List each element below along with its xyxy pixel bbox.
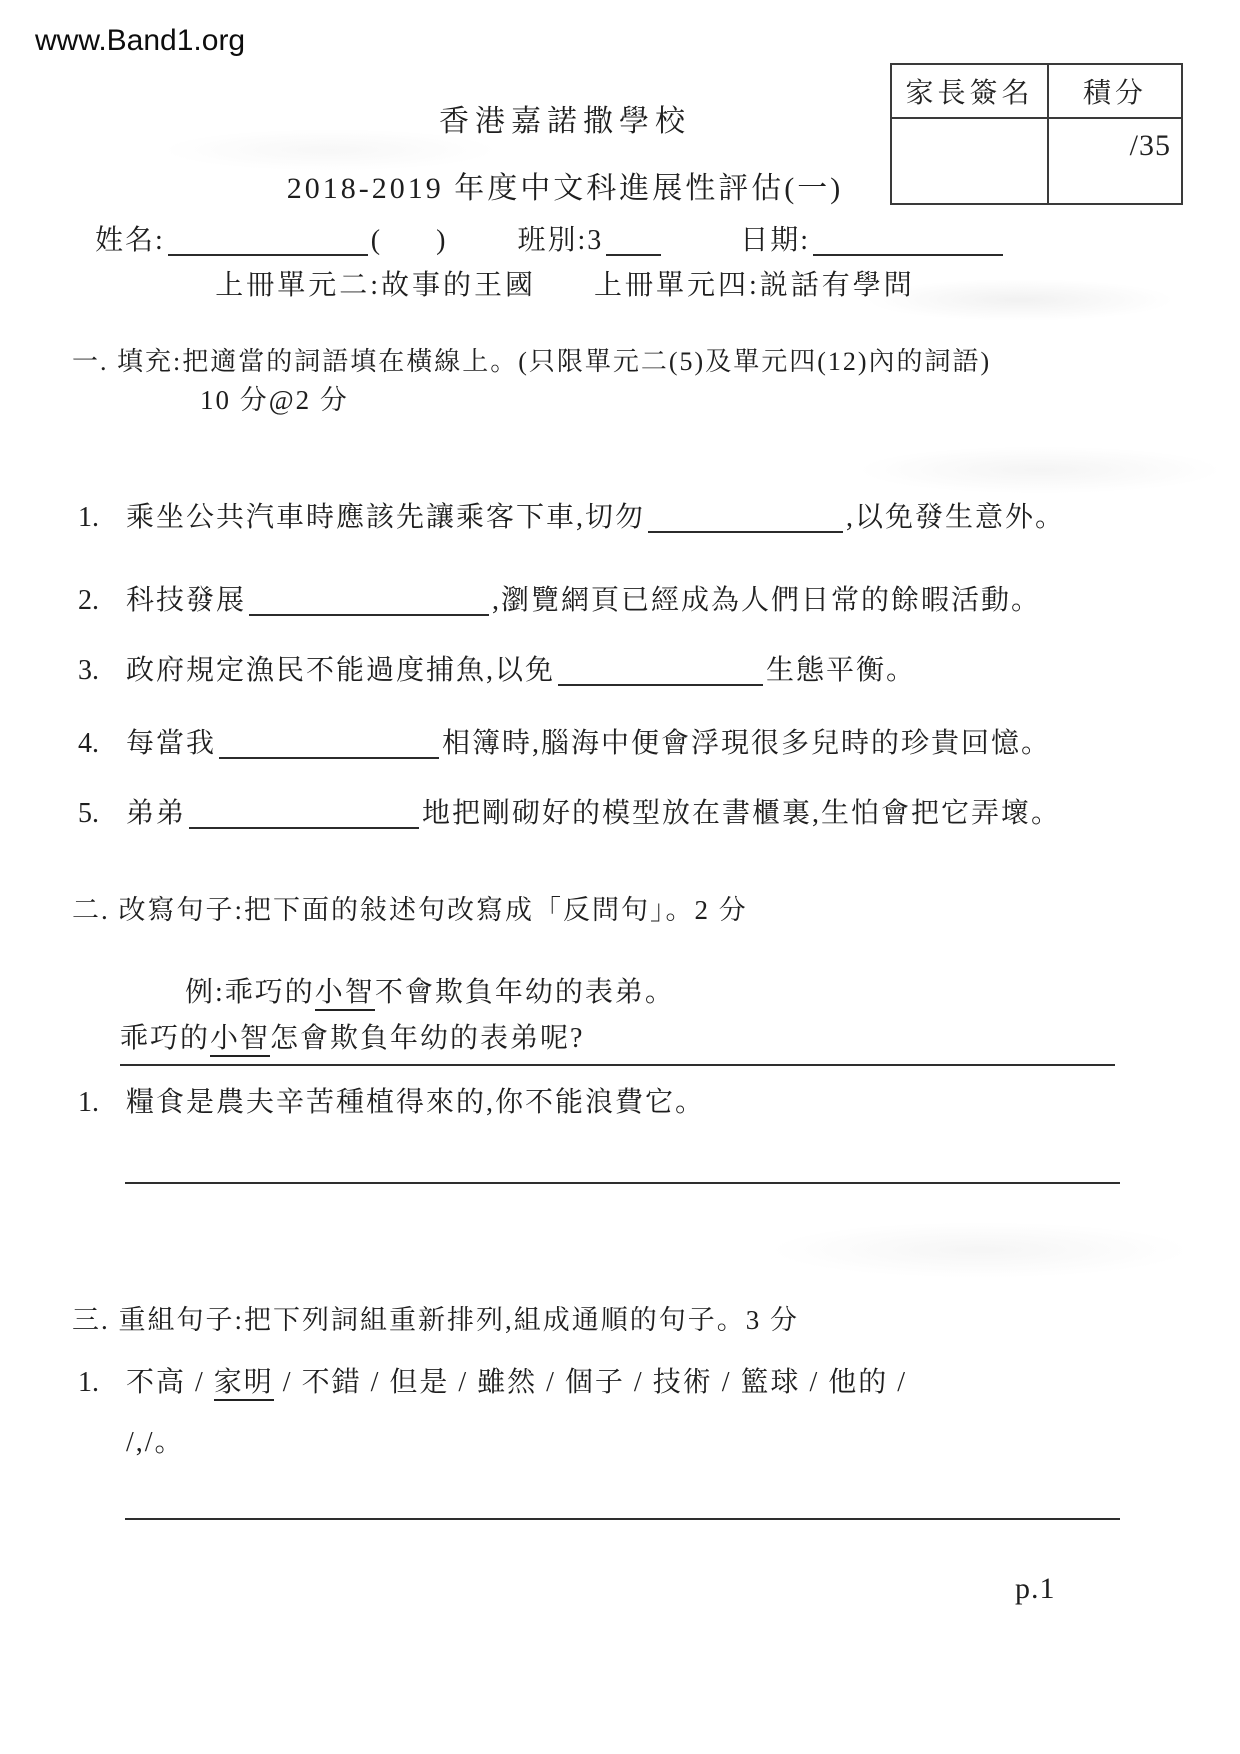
section3-heading: 三. 重組句子:把下列詞組重新排列,組成通順的句子。3 分: [72, 1298, 799, 1337]
question-text-pre: 政府規定漁民不能過度捕魚,以免: [126, 655, 555, 686]
example-text-pre: 乖巧的: [225, 977, 315, 1008]
fill-blank-3: [558, 684, 763, 686]
date-blank: [813, 254, 1003, 256]
question-text-pre: 乘坐公共汽車時應該先讓乘客下車,切勿: [126, 502, 645, 533]
fill-blank-5: [189, 827, 419, 829]
section2-heading: 二. 改寫句子:把下面的敍述句改寫成「反問句」。2 分: [72, 888, 748, 927]
question-number: 3.: [78, 655, 126, 687]
question-text-pre: 科技發展: [126, 585, 246, 616]
question-text: 糧食是農夫辛苦種植得來的,你不能浪費它。: [126, 1087, 705, 1118]
fill-question-4: 4.每當我相簿時,腦海中便會浮現很多兒時的珍貴回憶。: [78, 721, 1051, 761]
fill-blank-4: [219, 757, 439, 759]
question-text-post: 地把剛砌好的模型放在書櫃裏,生怕會把它弄壞。: [422, 798, 1061, 829]
word-group-post: / 不錯 / 但是 / 雖然 / 個子 / 技術 / 籃球 / 他的 /: [274, 1367, 907, 1398]
section1-heading: 一. 填充:把適當的詞語填在橫線上。(只限單元二(5)及單元四(12)內的詞語): [72, 341, 991, 378]
fill-question-2: 2.科技發展,瀏覽網頁已經成為人們日常的餘暇活動。: [78, 578, 1041, 618]
question-number: 4.: [78, 728, 126, 760]
unit-2-label: 上冊單元二:故事的王國: [215, 270, 536, 301]
question-text-post: ,以免發生意外。: [846, 502, 1065, 533]
question-text-pre: 每當我: [126, 728, 216, 759]
question-number: 1.: [78, 1367, 126, 1399]
underlined-name: 家明: [214, 1367, 274, 1401]
fill-question-5: 5.弟弟地把剛砌好的模型放在書櫃裏,生怕會把它弄壞。: [78, 791, 1061, 831]
answer-rule-line: [125, 1518, 1120, 1520]
fill-question-1: 1.乘坐公共汽車時應該先讓乘客下車,切勿,以免發生意外。: [78, 495, 1065, 535]
name-class-date-row: 姓名:( ) 班別:3 日期:: [95, 218, 1006, 258]
class-number-paren: ( ): [371, 225, 448, 256]
underlined-name: 小智: [315, 977, 375, 1011]
fill-blank-2: [249, 614, 489, 616]
exam-paper-page: www.Band1.org 家長簽名 積分 /35 香港嘉諾撒學校 2018-2…: [0, 0, 1240, 1754]
section1-marks: 10 分@2 分: [200, 378, 349, 417]
unit-list: 上冊單元二:故事的王國上冊單元四:説話有學問: [0, 263, 1130, 303]
question-text-post: ,瀏覽網頁已經成為人們日常的餘暇活動。: [492, 585, 1041, 616]
underlined-name: 小智: [210, 1023, 270, 1057]
question-number: 2.: [78, 585, 126, 617]
question-number: 5.: [78, 798, 126, 830]
reorder-question-1: 1.不高 / 家明 / 不錯 / 但是 / 雖然 / 個子 / 技術 / 籃球 …: [78, 1360, 907, 1400]
example-label: 例:: [185, 977, 225, 1008]
rewrite-question-1: 1.糧食是農夫辛苦種植得來的,你不能浪費它。: [78, 1080, 705, 1120]
class-label: 班別:: [517, 225, 587, 256]
name-label: 姓名:: [95, 225, 165, 256]
date-label: 日期:: [740, 225, 810, 256]
example-answer-line: 乖巧的小智怎會欺負年幼的表弟呢?: [120, 1016, 1115, 1066]
fill-blank-1: [648, 531, 843, 533]
example-sentence: 例:乖巧的小智不會欺負年幼的表弟。: [185, 970, 675, 1010]
answer-text-pre: 乖巧的: [120, 1023, 210, 1054]
class-blank: [606, 254, 661, 256]
school-name: 香港嘉諾撒學校: [0, 96, 1130, 140]
question-number: 1.: [78, 502, 126, 534]
word-group-pre: 不高 /: [126, 1367, 214, 1398]
reorder-continuation: /,/。: [126, 1420, 185, 1460]
question-text-pre: 弟弟: [126, 798, 186, 829]
question-number: 1.: [78, 1087, 126, 1119]
answer-rule-line: [125, 1182, 1120, 1184]
question-text-post: 相簿時,腦海中便會浮現很多兒時的珍貴回憶。: [442, 728, 1051, 759]
example-text-post: 不會欺負年幼的表弟。: [375, 977, 675, 1008]
watermark: www.Band1.org: [35, 24, 245, 58]
fill-question-3: 3.政府規定漁民不能過度捕魚,以免生態平衡。: [78, 648, 916, 688]
answer-text-post: 怎會欺負年幼的表弟呢?: [270, 1023, 584, 1054]
unit-4-label: 上冊單元四:説話有學問: [594, 270, 915, 301]
page-number: p.1: [1015, 1572, 1056, 1606]
question-text-post: 生態平衡。: [766, 655, 916, 686]
class-value: 3: [587, 225, 603, 256]
exam-title: 2018-2019 年度中文科進展性評估(一): [0, 163, 1130, 207]
name-blank: [168, 254, 368, 256]
